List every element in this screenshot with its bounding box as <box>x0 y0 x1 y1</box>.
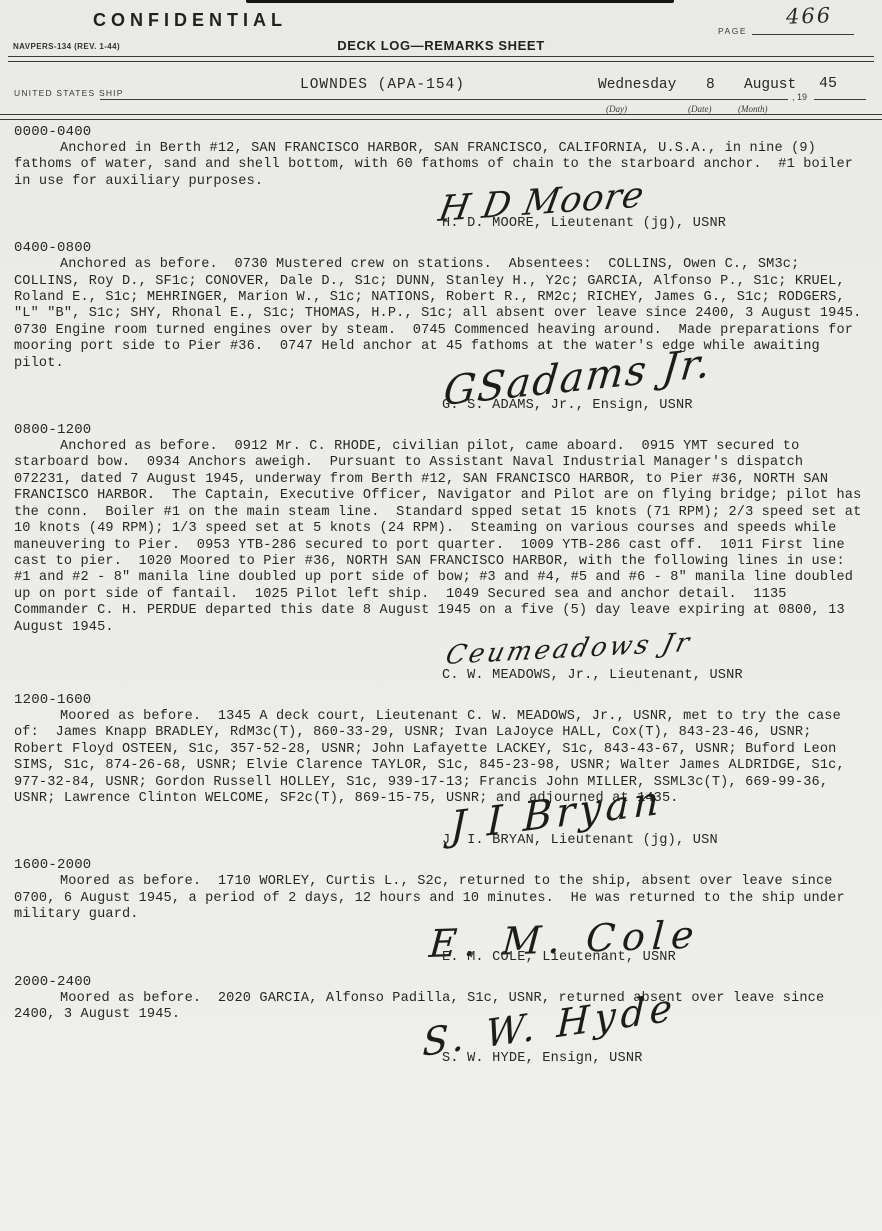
page-underline <box>752 34 854 35</box>
day-label: (Day) <box>606 104 627 114</box>
watch-period: 0400-0800 <box>14 240 868 256</box>
signature-block: Ceumeadows Jr C. W. MEADOWS, Jr., Lieute… <box>442 638 862 683</box>
watch-period: 1600-2000 <box>14 857 868 873</box>
signature-typed-name: S. W. HYDE, Ensign, USNR <box>442 1051 862 1066</box>
signature-block: GSadams Jr. G. S. ADAMS, Jr., Ensign, US… <box>442 374 862 413</box>
page-field: 466 PAGE <box>700 0 870 40</box>
header-divider-rule <box>8 56 874 62</box>
ship-label: UNITED STATES SHIP <box>14 88 124 98</box>
signature-typed-name: C. W. MEADOWS, Jr., Lieutenant, USNR <box>442 668 862 683</box>
signature-block: H D Moore H. D. MOORE, Lieutenant (jg), … <box>442 192 862 231</box>
entry-text: Anchored as before. 0912 Mr. C. RHODE, c… <box>14 439 868 636</box>
signature-typed-name: G. S. ADAMS, Jr., Ensign, USNR <box>442 398 862 413</box>
date-label: (Date) <box>688 104 712 114</box>
watch-period: 0000-0400 <box>14 124 868 140</box>
form-title: DECK LOG—REMARKS SHEET <box>0 38 882 53</box>
form-header: CONFIDENTIAL 466 PAGE NAVPERS-134 (REV. … <box>0 0 882 122</box>
ship-underline <box>100 99 588 100</box>
signature-typed-name: E. M. COLE, Lieutenant, USNR <box>442 950 862 965</box>
date-day: Wednesday <box>598 77 676 93</box>
watch-period: 1200-1600 <box>14 692 868 708</box>
signature-block: J I Bryan J. I. BRYAN, Lieutenant (jg), … <box>442 809 862 848</box>
year-underline <box>814 99 866 100</box>
date-month: August <box>744 77 796 93</box>
log-entry-0400-0800: 0400-0800 Anchored as before. 0730 Muste… <box>14 240 868 413</box>
log-entry-2000-2400: 2000-2400 Moored as before. 2020 GARCIA,… <box>14 974 868 1067</box>
page-number-handwritten: 466 <box>786 3 833 29</box>
log-entries: 0000-0400 Anchored in Berth #12, SAN FRA… <box>0 122 882 1066</box>
signature-block: S. W. Hyde S. W. HYDE, Ensign, USNR <box>442 1025 862 1066</box>
year-prefix: , 19 <box>792 92 807 102</box>
watch-period: 0800-1200 <box>14 422 868 438</box>
log-entry-0800-1200: 0800-1200 Anchored as before. 0912 Mr. C… <box>14 422 868 683</box>
header-bottom-rule <box>0 114 882 120</box>
signature-typed-name: J. I. BRYAN, Lieutenant (jg), USN <box>442 833 862 848</box>
signature-typed-name: H. D. MOORE, Lieutenant (jg), USNR <box>442 216 862 231</box>
log-entry-1600-2000: 1600-2000 Moored as before. 1710 WORLEY,… <box>14 857 868 964</box>
month-label: (Month) <box>738 104 768 114</box>
log-entry-1200-1600: 1200-1600 Moored as before. 1345 A deck … <box>14 692 868 848</box>
date-date: 8 <box>706 77 715 93</box>
classification-stamp: CONFIDENTIAL <box>93 10 287 31</box>
signature-block: E. M. Cole E. M. COLE, Lieutenant, USNR <box>442 926 862 965</box>
date-underline <box>576 99 788 100</box>
ship-name: LOWNDES (APA-154) <box>300 77 465 93</box>
page-label: PAGE <box>718 26 747 36</box>
date-year: 45 <box>819 75 837 92</box>
deck-log-page: CONFIDENTIAL 466 PAGE NAVPERS-134 (REV. … <box>0 0 882 1231</box>
log-entry-0000-0400: 0000-0400 Anchored in Berth #12, SAN FRA… <box>14 124 868 231</box>
